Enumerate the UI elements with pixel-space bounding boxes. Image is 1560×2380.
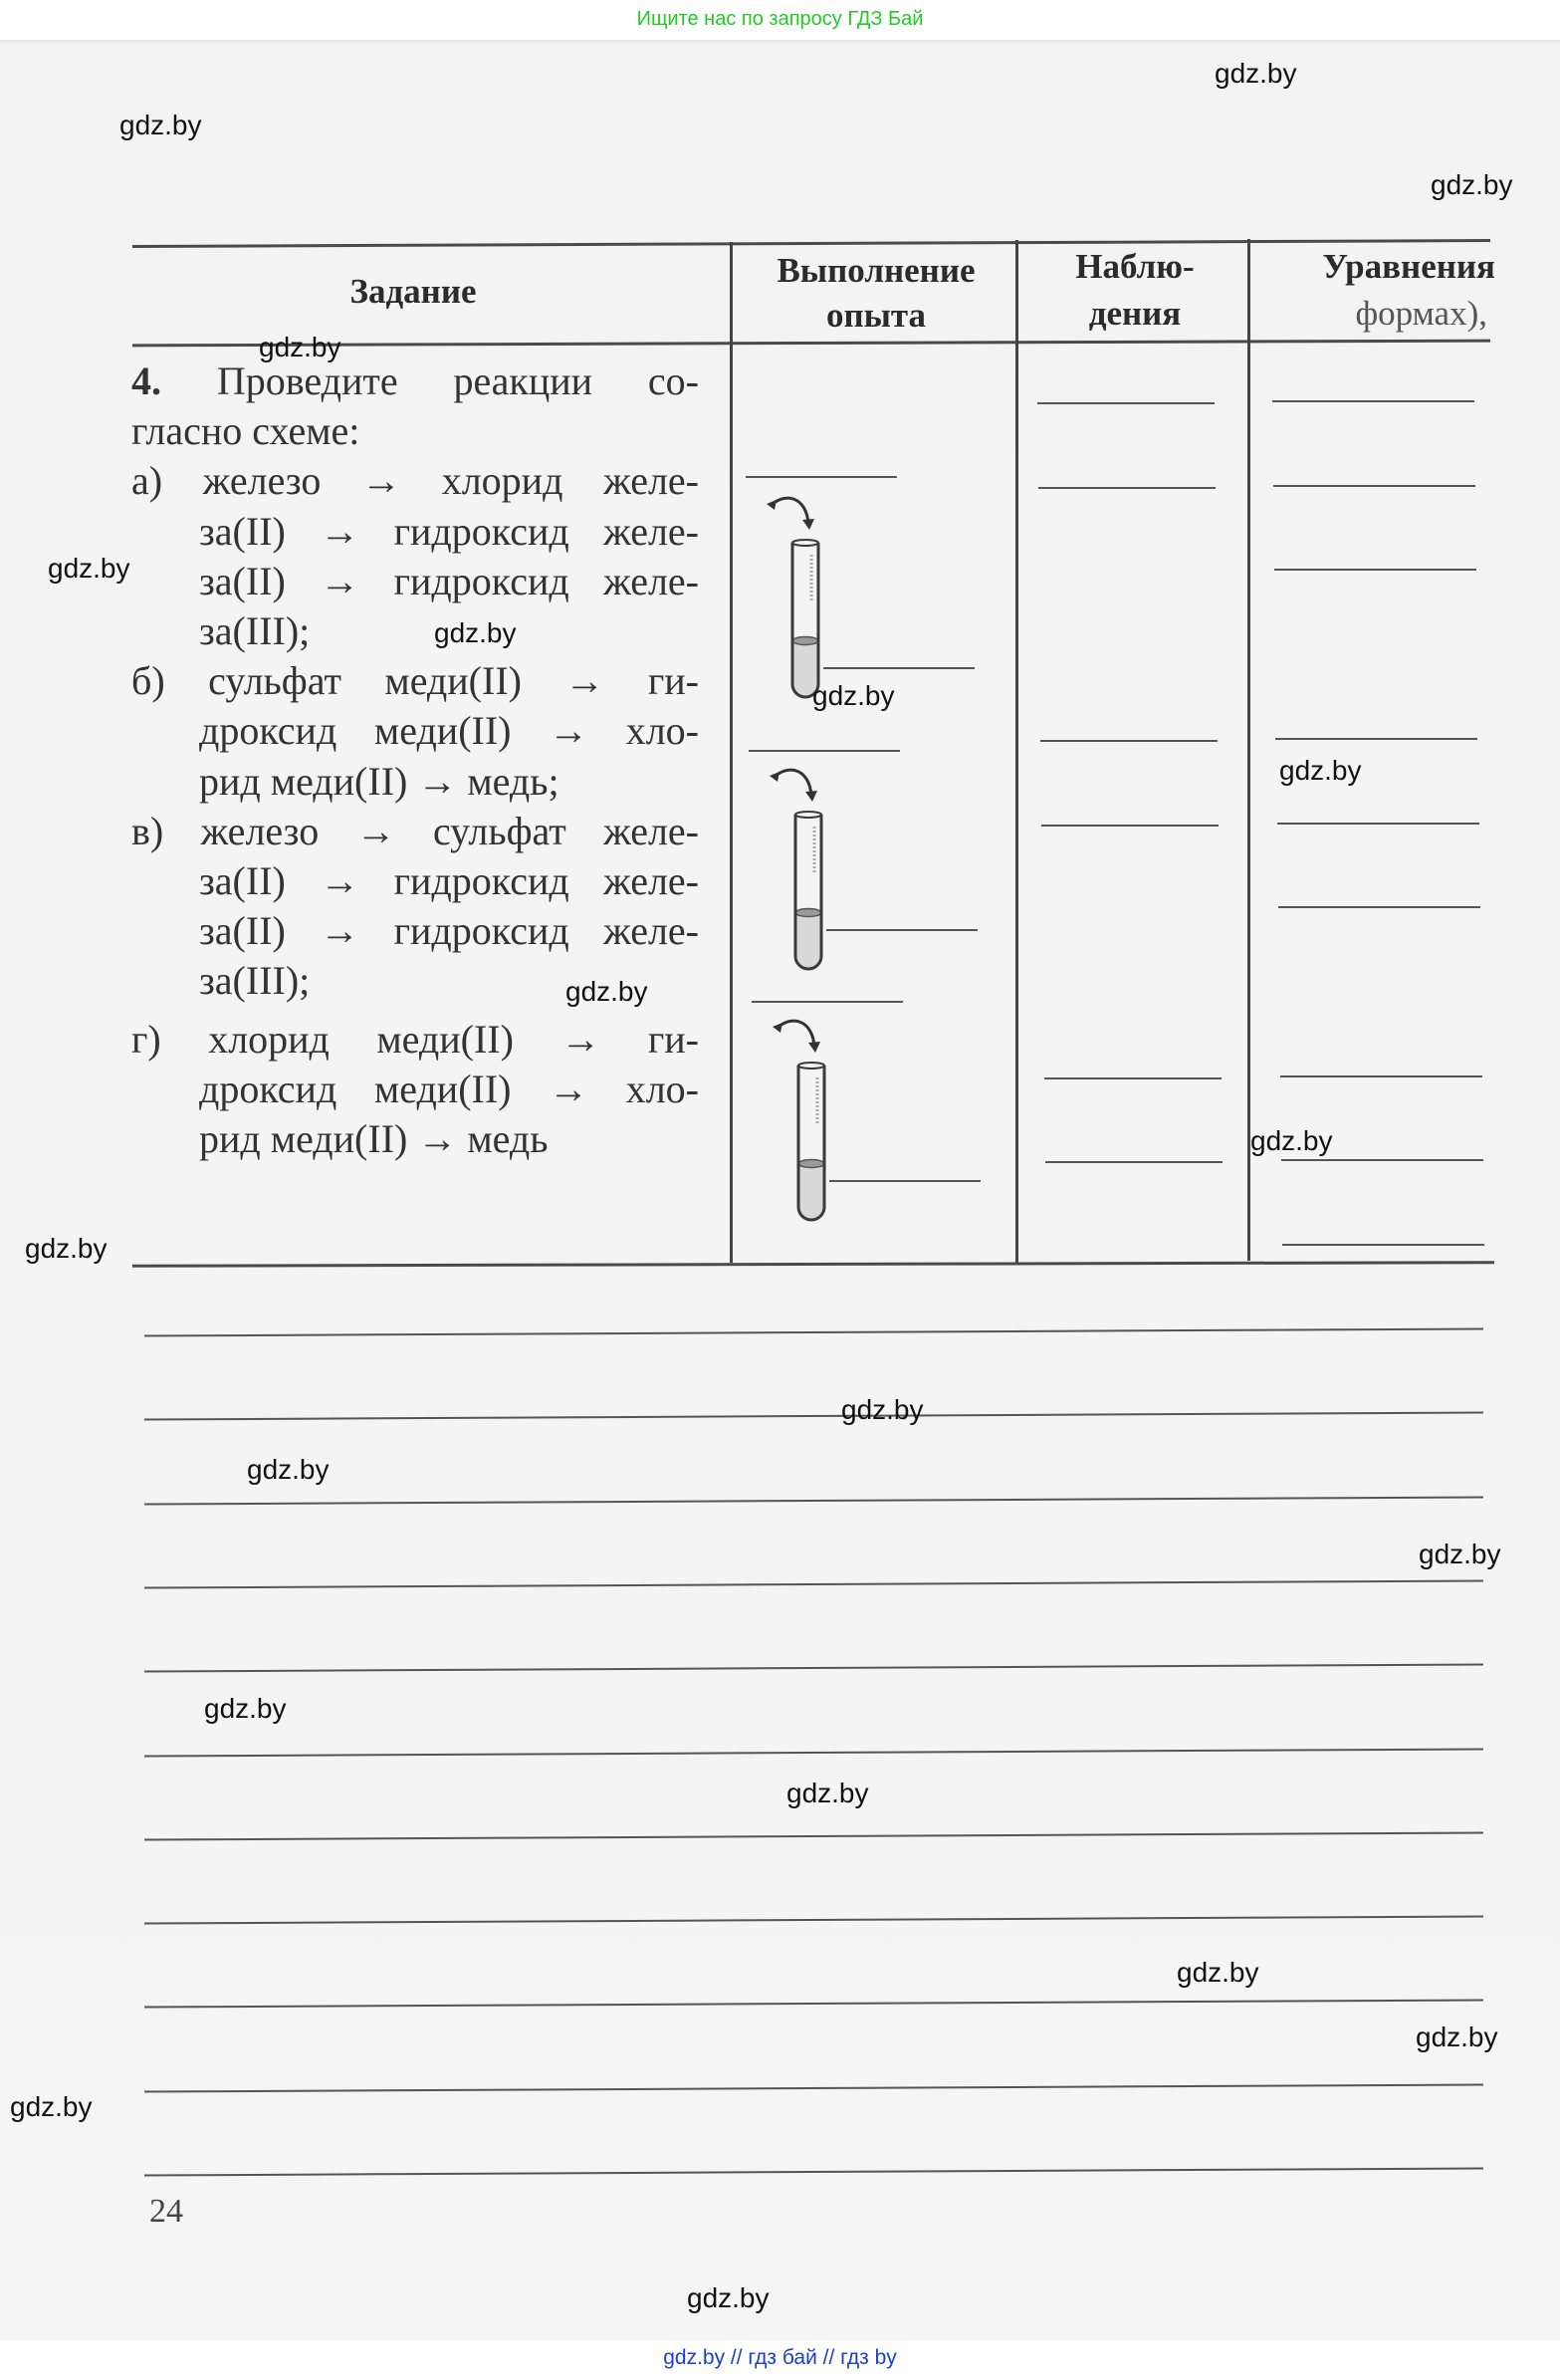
watermark: gdz.by	[786, 1778, 869, 1809]
header-experiment-line2: опыта	[742, 293, 1010, 339]
column-divider-1	[730, 242, 733, 1263]
watermark: gdz.by	[687, 2282, 770, 2314]
task-item-v: в) железо → сульфат желе-	[131, 807, 699, 856]
watermark: gdz.by	[204, 1693, 287, 1725]
equation-blank[interactable]	[1277, 823, 1479, 825]
header-task: Задание	[299, 269, 528, 315]
task-line: гласно схеме:	[131, 406, 699, 456]
task-item-b: б) сульфат меди(II) → ги-	[131, 656, 699, 706]
watermark: gdz.by	[812, 680, 895, 712]
equation-blank[interactable]	[1278, 906, 1480, 908]
observation-blank[interactable]	[1044, 1077, 1222, 1079]
task-line: за(II) → гидроксид желе-	[131, 507, 699, 557]
watermark: gdz.by	[1279, 755, 1362, 787]
equation-blank[interactable]	[1282, 1244, 1484, 1246]
observation-blank[interactable]	[1040, 740, 1218, 742]
task-line: за(II) → гидроксид желе-	[131, 557, 699, 606]
task-line: рид меди(II) → медь;	[131, 757, 699, 807]
task-line: дроксид меди(II) → хло-	[131, 706, 699, 756]
answer-blank[interactable]	[829, 1180, 981, 1182]
equation-blank[interactable]	[1281, 1159, 1483, 1161]
watermark: gdz.by	[25, 1233, 108, 1265]
task-line: за(II) → гидроксид желе-	[131, 856, 699, 906]
equation-blank[interactable]	[1280, 1075, 1482, 1077]
bottom-banner[interactable]: gdz.by // гдз бай // гдз by	[0, 2340, 1560, 2380]
task-line: рид меди(II) → медь	[131, 1114, 699, 1164]
watermark: gdz.by	[119, 110, 202, 141]
watermark: gdz.by	[1177, 1957, 1259, 1989]
task-line: за(II) → гидроксид желе-	[131, 906, 699, 956]
watermark: gdz.by	[565, 976, 648, 1008]
watermark: gdz.by	[1416, 2022, 1498, 2053]
answer-blank[interactable]	[746, 476, 897, 478]
watermark: gdz.by	[434, 617, 517, 649]
task-line-1: 4. Проведите реакции со-	[131, 357, 699, 406]
observation-blank[interactable]	[1037, 402, 1215, 404]
column-divider-2	[1015, 240, 1018, 1263]
header-experiment-line1: Выполнение	[742, 248, 1010, 294]
watermark: gdz.by	[1250, 1125, 1333, 1157]
equation-blank[interactable]	[1275, 738, 1477, 740]
watermark: gdz.by	[1215, 58, 1297, 90]
watermark: gdz.by	[10, 2091, 93, 2123]
answer-blank[interactable]	[752, 1001, 903, 1003]
top-banner[interactable]: Ищите нас по запросу ГДЗ Бай	[0, 0, 1560, 40]
answer-blank[interactable]	[749, 750, 900, 752]
column-divider-3	[1247, 239, 1250, 1261]
observation-blank[interactable]	[1038, 487, 1216, 489]
answer-blank[interactable]	[826, 929, 978, 931]
watermark: gdz.by	[1431, 169, 1513, 201]
test-tube-2-icon	[766, 760, 845, 979]
task-item-g: г) хлорид меди(II) → ги-	[131, 1015, 699, 1065]
watermark: gdz.by	[259, 332, 341, 363]
observation-blank[interactable]	[1041, 825, 1219, 827]
watermark: gdz.by	[841, 1394, 924, 1426]
watermark: gdz.by	[247, 1454, 330, 1486]
observation-blank[interactable]	[1045, 1161, 1223, 1163]
watermark: gdz.by	[48, 553, 130, 585]
task-line: дроксид меди(II) → хло-	[131, 1065, 699, 1114]
equation-blank[interactable]	[1273, 485, 1475, 487]
header-equations-line1: Уравнения	[1256, 244, 1495, 290]
header-observations-line1: Наблю-	[1025, 244, 1244, 290]
watermark: gdz.by	[1419, 1539, 1501, 1570]
task-item-a: а) железо → хлорид желе-	[131, 456, 699, 506]
answer-blank[interactable]	[823, 667, 975, 669]
header-observations-line2: дения	[1025, 291, 1244, 337]
test-tube-1-icon	[763, 488, 842, 707]
header-equations-line2: формах),	[1256, 291, 1487, 337]
equation-blank[interactable]	[1272, 400, 1474, 402]
task-line: за(III);	[131, 606, 699, 656]
task-number: 4.	[131, 358, 161, 403]
equation-blank[interactable]	[1274, 569, 1476, 571]
page-number: 24	[149, 2193, 183, 2231]
task-text: 4. Проведите реакции со- гласно схеме: а…	[131, 357, 699, 1164]
test-tube-3-icon	[769, 1011, 848, 1230]
